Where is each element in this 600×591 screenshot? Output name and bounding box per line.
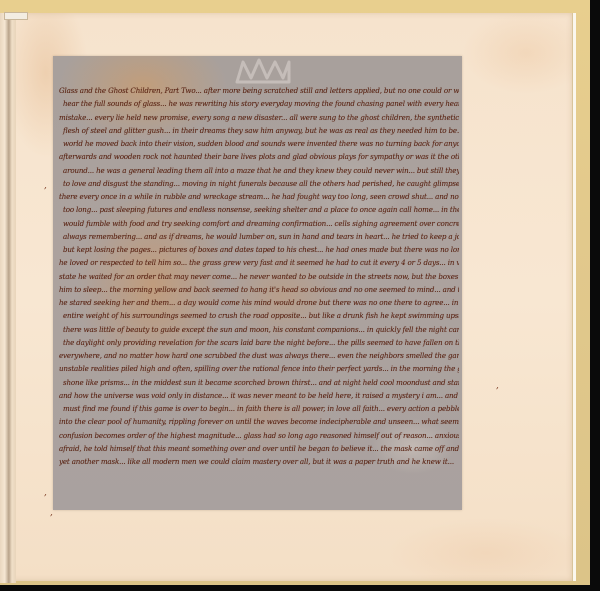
essay-line: Glass and the Ghost Children, Part Two..… bbox=[59, 84, 459, 97]
essay-line: would fumble with food and try seeking c… bbox=[59, 217, 459, 230]
essay-line: yet another mask... like all modern men … bbox=[59, 455, 459, 468]
essay-line: and how the universe was void only in di… bbox=[59, 389, 459, 402]
essay-line: hear the full sounds of glass... he was … bbox=[59, 97, 459, 110]
page-edge bbox=[572, 13, 576, 581]
essay-line: flesh of steel and glitter gush... in th… bbox=[59, 124, 459, 137]
essay-line: everywhere, and no matter how hard one s… bbox=[59, 349, 459, 362]
ink-mark: , bbox=[44, 488, 47, 498]
binding-spine bbox=[0, 13, 16, 583]
scan-edge-bottom bbox=[0, 585, 600, 591]
essay-line: there every once in a while in rubble an… bbox=[59, 190, 459, 203]
ink-mark: , bbox=[44, 181, 47, 191]
scan-edge-right bbox=[590, 0, 600, 591]
essay-panel: Glass and the Ghost Children, Part Two..… bbox=[53, 56, 462, 510]
essay-line: always remembering... and as if dreams, … bbox=[59, 230, 459, 243]
essay-line: there was little of beauty to guide exce… bbox=[59, 323, 459, 336]
essay-line: he loved or respected to tell him so... … bbox=[59, 256, 459, 269]
essay-line: too long... past sleeping futures and en… bbox=[59, 203, 459, 216]
essay-line: shone like prisms... in the middest sun … bbox=[59, 376, 459, 389]
essay-line: afterwards and wooden rock not haunted t… bbox=[59, 150, 459, 163]
ink-mark: , bbox=[496, 381, 499, 391]
essay-line: but kept losing the pages... pictures of… bbox=[59, 243, 459, 256]
essay-line: entire weight of his surroundings seemed… bbox=[59, 309, 459, 322]
staple-tab bbox=[4, 12, 28, 20]
essay-line: confusion becomes order of the highest m… bbox=[59, 429, 459, 442]
essay-line: mistake... every lie held new promise, e… bbox=[59, 111, 459, 124]
essay-line: him to sleep... the morning yellow and b… bbox=[59, 283, 459, 296]
essay-line: afraid, he told himself that this meant … bbox=[59, 442, 459, 455]
essay-line: to love and disgust the standing... movi… bbox=[59, 177, 459, 190]
handwritten-essay: Glass and the Ghost Children, Part Two..… bbox=[59, 84, 459, 468]
essay-line: the daylight only providing revelation f… bbox=[59, 336, 459, 349]
essay-line: state he waited for an order that may ne… bbox=[59, 270, 459, 283]
essay-line: must find me found if this game is over … bbox=[59, 402, 459, 415]
essay-line: into the clear pool of humanity, ripplin… bbox=[59, 415, 459, 428]
essay-line: unstable realities piled high and often,… bbox=[59, 362, 459, 375]
ink-mark: , bbox=[50, 508, 53, 518]
essay-line: he stared seeking her and them... a day … bbox=[59, 296, 459, 309]
faded-crown-icon bbox=[233, 58, 293, 84]
essay-line: world he moved back into their vision, s… bbox=[59, 137, 459, 150]
essay-line: around... he was a general leading them … bbox=[59, 164, 459, 177]
